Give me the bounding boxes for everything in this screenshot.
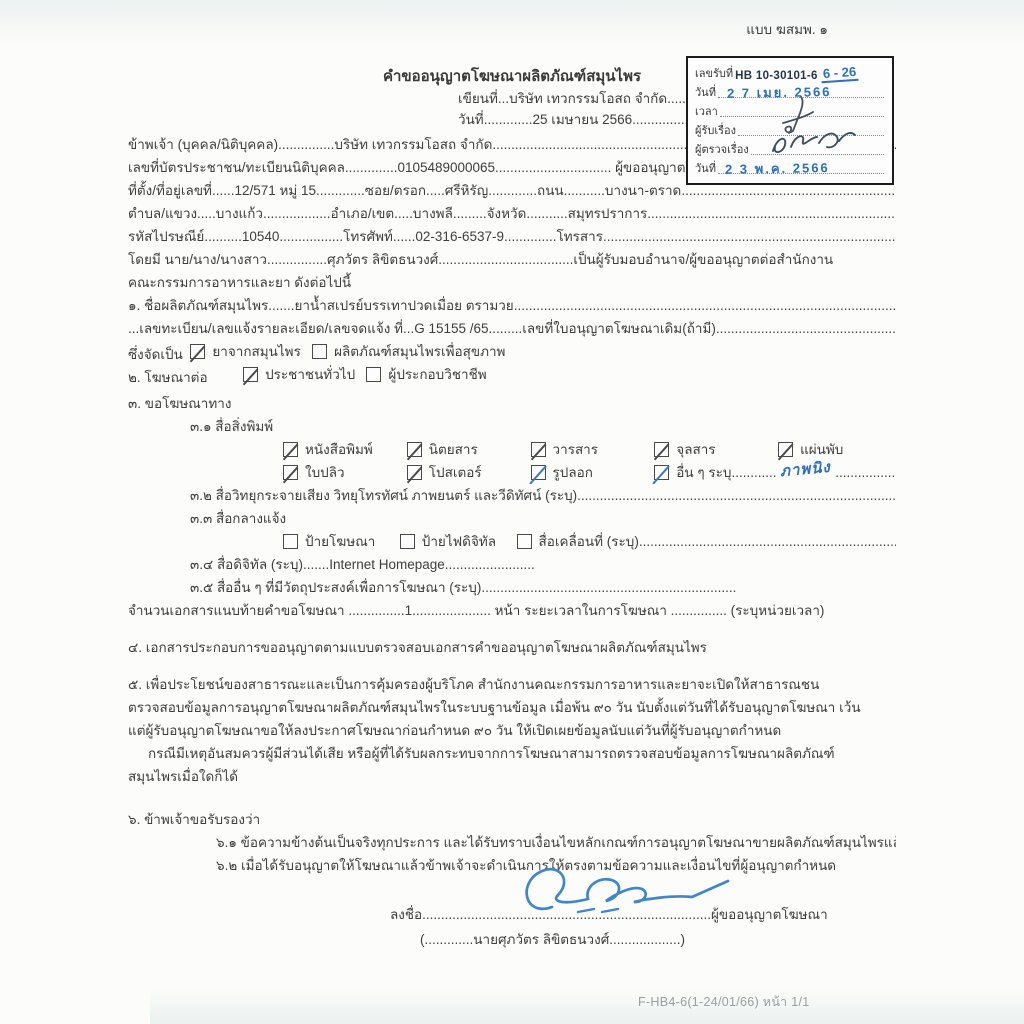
checked-checkbox-icon: [778, 442, 793, 457]
product-reg-line: ...เลขทะเบียน/เลขแจ้งรายละเอียด/เลขจดแจ้…: [128, 317, 896, 340]
receipt-reviewer-row: ผู้ตรวจเรื่อง: [695, 139, 885, 158]
checkbox-label: ผู้ประกอบวิชาชีพ: [388, 363, 486, 386]
reviewer-label: ผู้ตรวจเรื่อง: [695, 140, 749, 158]
outdoor-media-row: ป้ายโฆษณา ป้ายไฟดิจิทัล สื่อเคลื่อนที่ (…: [128, 530, 896, 553]
checkbox-mobile-media: สื่อเคลื่อนที่ (ระบุ)...................…: [517, 530, 896, 553]
checkbox-label: รูปลอก: [553, 461, 593, 484]
checked-checkbox-icon-blue: [654, 465, 669, 480]
checkbox-label: วารสาร: [553, 438, 598, 461]
checkbox-health-herbal-product: ผลิตภัณฑ์สมุนไพรเพื่อสุขภาพ: [312, 340, 505, 363]
fda-line: คณะกรรมการอาหารและยา ดังต่อไปนี้: [128, 271, 896, 294]
checkbox-label: สื่อเคลื่อนที่ (ระบุ)...................…: [539, 530, 896, 553]
scan-artifact-top: [0, 0, 1024, 44]
checkbox-label: ใบปลิว: [305, 461, 345, 484]
checkbox-other-media: อื่น ๆ ระบุ ............ ภาพนิ่ง .......…: [654, 461, 896, 484]
advertise-to-label: ๒. โฆษณาต่อ: [128, 370, 208, 385]
receipt-time-label: เวลา: [695, 102, 718, 120]
document-code-footer: F-HB4-6(1-24/01/66) หน้า 1/1: [638, 992, 810, 1012]
checkbox-label: โปสเตอร์: [429, 461, 482, 484]
review-date-label: วันที่: [695, 159, 716, 177]
section3-3-label: ๓.๓ สื่อกลางแจ้ง: [128, 507, 896, 530]
checkbox-label: หนังสือพิมพ์: [305, 438, 373, 461]
signer-name-line: (.............นายศุภวัตร ลิขิตธนวงศ์....…: [128, 925, 896, 955]
checkbox-label: ประชาชนทั่วไป: [265, 363, 355, 386]
checked-checkbox-icon: [407, 442, 422, 457]
unchecked-checkbox-icon: [283, 534, 298, 549]
checkbox-label: จุลสาร: [676, 438, 715, 461]
checked-checkbox-icon: [283, 465, 298, 480]
checked-checkbox-icon-blue: [531, 465, 546, 480]
checked-checkbox-icon: [283, 442, 298, 457]
checkbox-general-public: ประชาชนทั่วไป: [243, 363, 355, 386]
checkbox-label: ยาจากสมุนไพร: [212, 340, 300, 363]
checkbox-label: ผลิตภัณฑ์สมุนไพรเพื่อสุขภาพ: [334, 340, 505, 363]
checkbox-label: นิตยสาร: [429, 438, 478, 461]
checkbox-label: อื่น ๆ ระบุ: [676, 461, 731, 484]
section5-line1: ๕. เพื่อประโยชน์ของสาธารณะและเป็นการคุ้ม…: [128, 673, 896, 696]
section6-item1: ๖.๑ ข้อความข้างต้นเป็นจริงทุกประการ และไ…: [128, 831, 896, 854]
section3-4-line: ๓.๔ สื่อดิจิทัล (ระบุ).......Internet Ho…: [128, 553, 896, 576]
section3-label: ๓. ขอโฆษณาทาง: [128, 392, 896, 415]
unchecked-checkbox-icon: [400, 534, 415, 549]
section5-line3: แต่ผู้รับอนุญาตโฆษณาขอให้ลงประกาศโฆษณาก่…: [128, 719, 896, 742]
section6-item2: ๖.๒ เมื่อได้รับอนุญาตให้โฆษณาแล้วข้าพเจ้…: [128, 854, 896, 877]
signature-zone: ลงชื่อ..................................…: [128, 903, 896, 955]
unchecked-checkbox-icon: [517, 534, 532, 549]
receiver-label: ผู้รับเรื่อง: [695, 121, 736, 139]
section3-5-line: ๓.๕ สื่ออื่น ๆ ที่มีวัตถุประสงค์เพื่อการ…: [128, 576, 896, 599]
checkbox-magazine: นิตยสาร: [407, 438, 527, 461]
checkbox-herbal-medicine: ยาจากสมุนไพร: [190, 340, 300, 363]
receipt-stamp-box: เลขรับที่ HB 10-30101-6 6 - 26 วันที่ 2 …: [686, 56, 894, 185]
product-type-label: ซึ่งจัดเป็น: [128, 347, 183, 362]
section5-line4: กรณีมีเหตุอันสมควรผู้มีส่วนได้เสีย หรือผ…: [128, 742, 896, 765]
checkbox-brochure: แผ่นพับ: [778, 438, 843, 461]
reviewer-signature-scribble: [767, 127, 857, 161]
dotted-leader: ............: [731, 461, 776, 484]
applicant-signature-ink: [516, 855, 751, 927]
attachment-count-line: จำนวนเอกสารแนบท้ายคำขอโฆษณา ............…: [128, 599, 896, 622]
checkbox-journal: วารสาร: [531, 438, 651, 461]
checkbox-digital-sign: ป้ายไฟดิจิทัล: [400, 530, 513, 553]
receipt-number-printed: HB 10-30101-6: [735, 70, 818, 82]
unchecked-checkbox-icon: [312, 344, 327, 359]
other-media-handwritten-value: ภาพนิ่ง: [776, 461, 837, 484]
product-name-line: ๑. ชื่อผลิตภัณฑ์สมุนไพร.......ยาน้ำสเปรย…: [128, 294, 896, 317]
checkbox-billboard: ป้ายโฆษณา: [283, 530, 396, 553]
postal-phone-line: รหัสไปรษณีย์..........10540.............…: [128, 225, 896, 248]
checked-checkbox-icon: [190, 344, 205, 359]
print-media-row1: หนังสือพิมพ์ นิตยสาร วารสาร จุลสาร แผ่นพ…: [128, 438, 896, 461]
section3-2-line: ๓.๒ สื่อวิทยุกระจายเสียง วิทยุโทรทัศน์ ภ…: [128, 484, 896, 507]
print-media-row2: ใบปลิว โปสเตอร์ รูปลอก อื่น ๆ ระบุ .....…: [128, 461, 896, 484]
receipt-number-row: เลขรับที่ HB 10-30101-6 6 - 26: [695, 63, 885, 82]
checkbox-sticker: รูปลอก: [531, 461, 651, 484]
sign-line: ลงชื่อ..................................…: [128, 903, 896, 925]
form-body: ข้าพเจ้า (บุคคล/นิติบุคคล)..............…: [0, 130, 1024, 955]
district-line: ตำบล/แขวง.....บางแก้ว..................อ…: [128, 202, 896, 225]
section6-label: ๖. ข้าพเจ้าขอรับรองว่า: [128, 808, 896, 831]
dotted-leader: ...........................: [835, 461, 896, 484]
checkbox-label: ป้ายโฆษณา: [305, 530, 375, 553]
receipt-number-label: เลขรับที่: [695, 64, 733, 82]
section5-line2: ตรวจสอบข้อมูลการอนุญาตโฆษณาผลิตภัณฑ์สมุน…: [128, 696, 896, 719]
checkbox-label: แผ่นพับ: [800, 438, 843, 461]
checkbox-leaflet: ใบปลิว: [283, 461, 403, 484]
checkbox-poster: โปสเตอร์: [407, 461, 527, 484]
scanned-form-page: แบบ ฆสมพ. ๑ เลขรับที่ HB 10-30101-6 6 - …: [0, 0, 1024, 1024]
unchecked-checkbox-icon: [366, 367, 381, 382]
checked-checkbox-icon: [654, 442, 669, 457]
authorized-person-line: โดยมี นาย/นาง/นางสาว................ศุภว…: [128, 248, 896, 271]
checkbox-booklet: จุลสาร: [654, 438, 774, 461]
advertise-to-line: ๒. โฆษณาต่อ ประชาชนทั่วไป ผู้ประกอบวิชาช…: [128, 363, 896, 386]
section3-1-label: ๓.๑ สื่อสิ่งพิมพ์: [128, 415, 896, 438]
form-code-label: แบบ ฆสมพ. ๑: [746, 18, 828, 40]
receipt-time-row: เวลา: [695, 101, 885, 120]
product-type-line: ซึ่งจัดเป็น ยาจากสมุนไพร ผลิตภัณฑ์สมุนไพ…: [128, 340, 896, 363]
checked-checkbox-icon: [407, 465, 422, 480]
section4-line: ๔. เอกสารประกอบการขออนุญาตตามแบบตรวจสอบเ…: [128, 636, 896, 659]
checked-checkbox-icon: [243, 367, 258, 382]
checkbox-label: ป้ายไฟดิจิทัล: [422, 530, 496, 553]
checked-checkbox-icon: [531, 442, 546, 457]
receipt-date-label: วันที่: [695, 83, 716, 101]
checkbox-newspaper: หนังสือพิมพ์: [283, 438, 403, 461]
checkbox-professionals: ผู้ประกอบวิชาชีพ: [366, 363, 486, 386]
section5-line5: สมุนไพรเมื่อใดก็ได้: [128, 765, 896, 788]
scan-artifact-bottom: [150, 988, 1024, 1024]
